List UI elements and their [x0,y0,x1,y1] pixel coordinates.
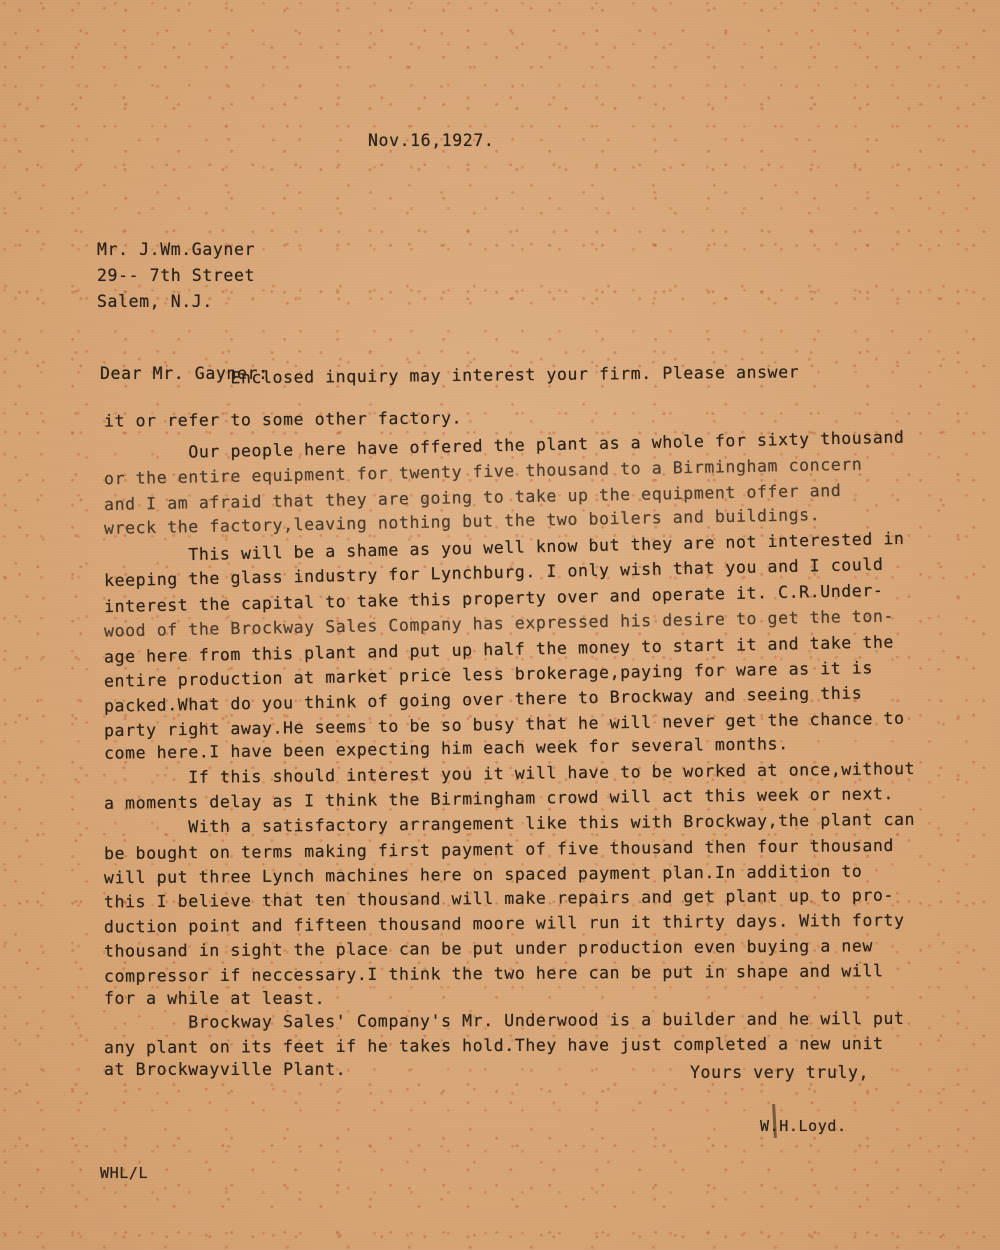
complimentary-close: Yours very truly, [690,1063,869,1083]
body-line: be bought on terms making first payment … [104,836,894,864]
letter-date: Nov.16,1927. [368,131,494,151]
body-line: at Brockwayville Plant. [104,1060,346,1080]
body-line: With a satisfactory arrangement like thi… [104,810,915,838]
recipient-name: Mr. J.Wm.Gayner [97,240,255,260]
body-line: thousand in sight the place can be put u… [104,936,873,961]
body-line: duction point and fifteen thousand moore… [104,911,905,938]
recipient-city: Salem, N.J. [97,292,213,312]
reference-initials: WHL/L [100,1163,148,1183]
body-line: a moments delay as I think the Birmingha… [104,784,894,814]
body-line: it or refer to some other factory. [104,408,462,431]
body-line: compressor if neccessary.I think the two… [104,961,884,986]
signature: W.H.Loyd. [760,1116,847,1136]
body-line: will put three Lynch machines here on sp… [104,862,863,889]
body-line: for a while at least. [104,989,325,1009]
body-line: any plant on its feet if he takes hold.T… [104,1034,884,1058]
letter-page: Nov.16,1927. Mr. J.Wm.Gayner 29-- 7th St… [0,0,1000,1250]
recipient-street: 29-- 7th Street [97,266,255,286]
body-line: this I believe that ten thousand will ma… [104,886,894,913]
body-line: Brockway Sales' Company's Mr. Underwood … [104,1009,905,1033]
